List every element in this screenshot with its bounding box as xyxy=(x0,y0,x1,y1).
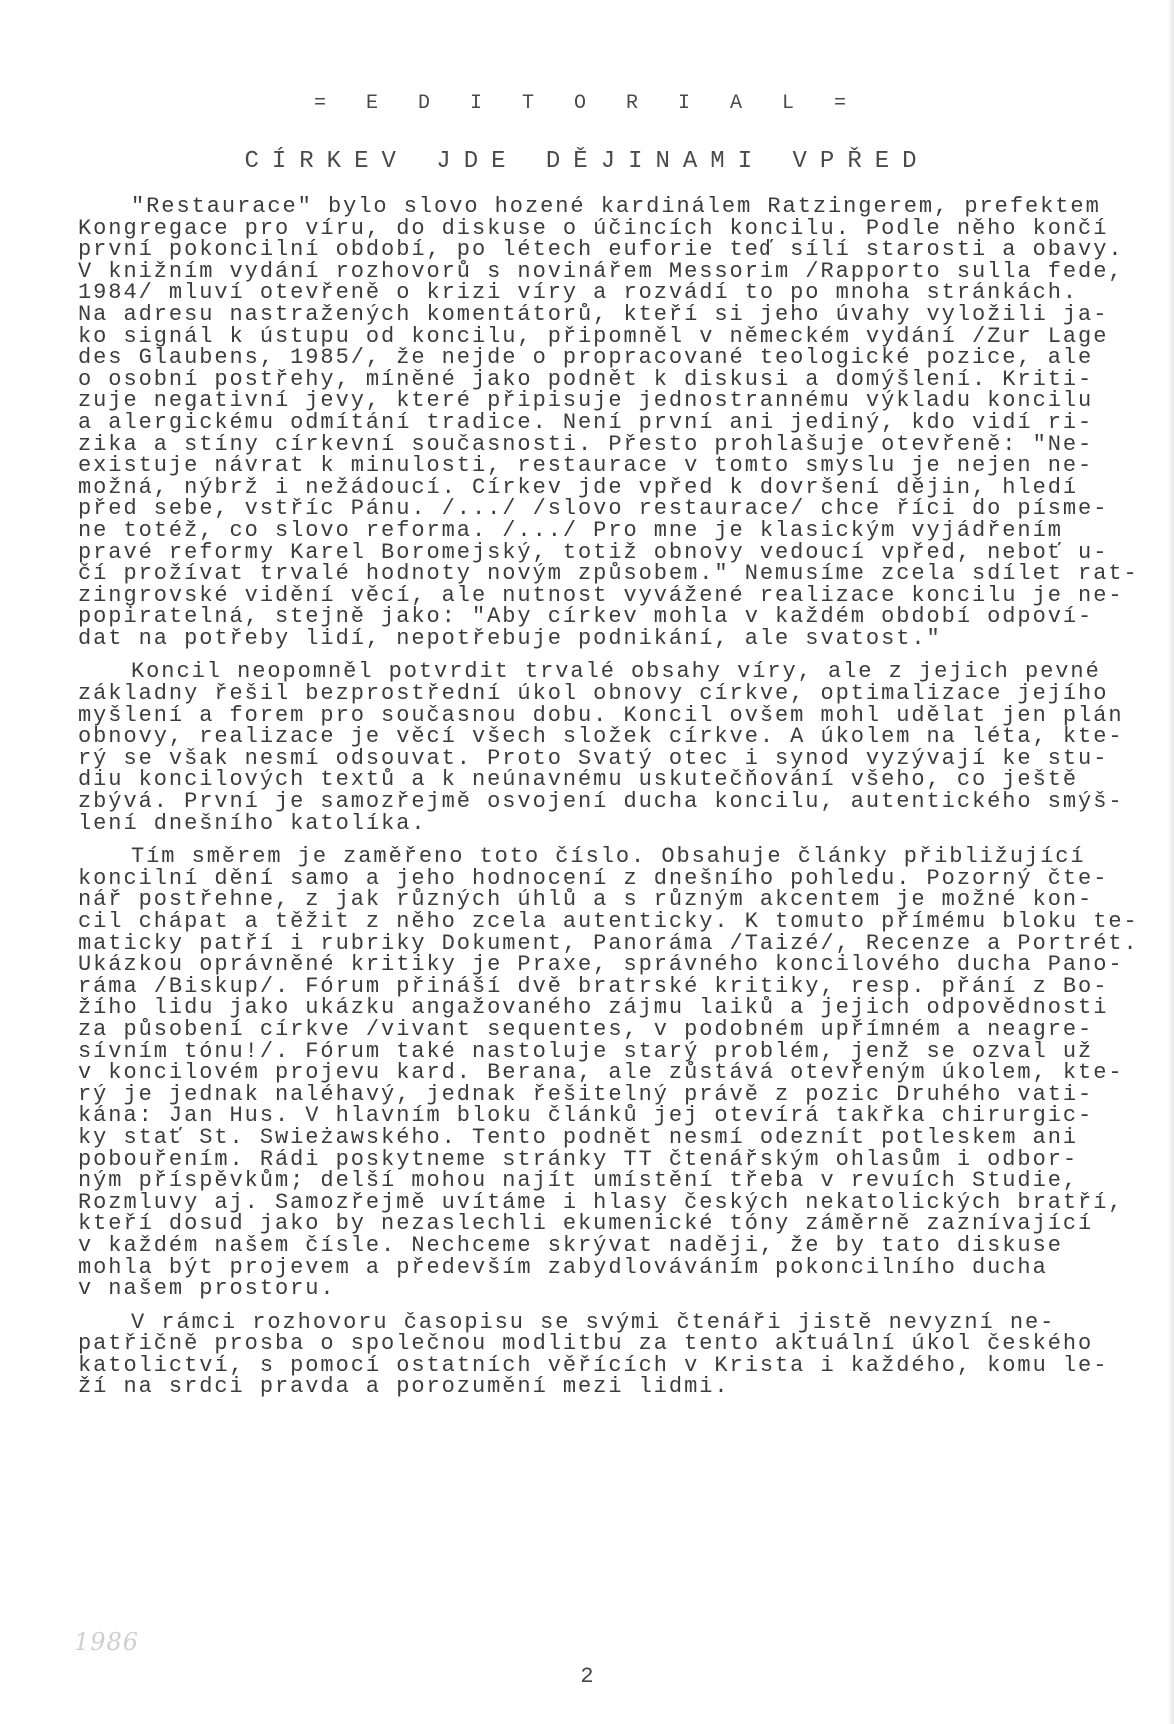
text-line: popiratelná, stejně jako: "Aby církev mo… xyxy=(78,606,1168,628)
text-line: rý je jednak naléhavý, jednak řešitelný … xyxy=(78,1084,1168,1106)
text-line: "Restaurace" bylo slovo hozené kardinále… xyxy=(78,196,1168,218)
text-line: o osobní postřehy, míněné jako podnět k … xyxy=(78,369,1168,391)
text-line: v našem prostoru. xyxy=(78,1278,1168,1300)
handwritten-year-note: 1986 xyxy=(74,1628,139,1656)
text-line: ží na srdci pravda a porozumění mezi lid… xyxy=(78,1376,1168,1398)
text-line: dat na potřeby lidí, nepotřebuje podniká… xyxy=(78,628,1168,650)
paragraph-3: Tím směrem je zaměřeno toto číslo. Obsah… xyxy=(78,846,1168,1299)
text-line: žího lidu jako ukázku angažovaného zájmu… xyxy=(78,997,1168,1019)
text-line: zika a stíny církevní současnosti. Přest… xyxy=(78,434,1168,456)
text-line: rý se však nesmí odsouvat. Proto Svatý o… xyxy=(78,748,1168,770)
text-line: ky stať St. Swieżawského. Tento podnět n… xyxy=(78,1127,1168,1149)
text-line: kána: Jan Hus. V hlavním bloku článků je… xyxy=(78,1105,1168,1127)
text-line: patřičně prosba o společnou modlitbu za … xyxy=(78,1333,1168,1355)
text-line: čí prožívat trvalé hodnoty novým způsobe… xyxy=(78,563,1168,585)
text-line: koncilní dění samo a jeho hodnocení z dn… xyxy=(78,868,1168,890)
text-line: Na adresu nastražených komentátorů, kteř… xyxy=(78,304,1168,326)
text-line: diu koncilových textů a k neúnavnému usk… xyxy=(78,769,1168,791)
text-line: mohla být projevem a především zabydlová… xyxy=(78,1257,1168,1279)
text-line: Rozmluvy aj. Samozřejmě uvítáme i hlasy … xyxy=(78,1192,1168,1214)
text-line: ko signál k ústupu od koncilu, připomněl… xyxy=(78,326,1168,348)
article-title: CÍRKEV JDE DĚJINAMI VPŘED xyxy=(0,148,1174,175)
text-line: nář postřehne, z jak různých úhlů a s rů… xyxy=(78,889,1168,911)
paragraph-1: "Restaurace" bylo slovo hozené kardinále… xyxy=(78,196,1168,649)
text-line: V knižním vydání rozhovorů s novinářem M… xyxy=(78,261,1168,283)
text-line: zbývá. První je samozřejmě osvojení duch… xyxy=(78,791,1168,813)
text-line: cil chápat a těžit z něho zcela autentic… xyxy=(78,911,1168,933)
text-line: základny řešil bezprostřední úkol obnovy… xyxy=(78,683,1168,705)
text-line: možná, nýbrž i nežádoucí. Církev jde vpř… xyxy=(78,477,1168,499)
text-line: Tím směrem je zaměřeno toto číslo. Obsah… xyxy=(78,846,1168,868)
text-line: Ukázkou oprávněné kritiky je Praxe, sprá… xyxy=(78,954,1168,976)
text-line: v každém našem čísle. Nechceme skrývat n… xyxy=(78,1235,1168,1257)
scan-page-edge xyxy=(1168,0,1174,1724)
text-line: sívním tónu!/. Fórum také nastoluje star… xyxy=(78,1041,1168,1063)
text-line: des Glaubens, 1985/, že nejde o propraco… xyxy=(78,347,1168,369)
text-line: maticky patří i rubriky Dokument, Panorá… xyxy=(78,933,1168,955)
section-label: = E D I T O R I A L = xyxy=(0,92,1174,115)
paragraph-2: Koncil neopomněl potvrdit trvalé obsahy … xyxy=(78,661,1168,834)
text-line: v koncilovém projevu kard. Berana, ale z… xyxy=(78,1062,1168,1084)
text-line: před sebe, vstříc Pánu. /.../ /slovo res… xyxy=(78,498,1168,520)
text-line: katolictví, s pomocí ostatních věřících … xyxy=(78,1355,1168,1377)
text-line: za působení církve /vivant sequentes, v … xyxy=(78,1019,1168,1041)
article-body: "Restaurace" bylo slovo hozené kardinále… xyxy=(78,196,1168,1410)
text-line: zingrovské vidění věcí, ale nutnost vyvá… xyxy=(78,585,1168,607)
text-line: ne totéž, co slovo reforma. /.../ Pro mn… xyxy=(78,520,1168,542)
text-line: myšlení a forem pro současnou dobu. Konc… xyxy=(78,705,1168,727)
text-line: kteří dosud jako by nezaslechli ekumenic… xyxy=(78,1213,1168,1235)
text-line: obnovy, realizace je věcí všech složek c… xyxy=(78,726,1168,748)
text-line: pravé reformy Karel Boromejský, totiž ob… xyxy=(78,542,1168,564)
text-line: a alergickému odmítání tradice. Není prv… xyxy=(78,412,1168,434)
text-line: V rámci rozhovoru časopisu se svými čten… xyxy=(78,1312,1168,1334)
paragraph-4: V rámci rozhovoru časopisu se svými čten… xyxy=(78,1312,1168,1398)
text-line: zuje negativní jevy, které připisuje jed… xyxy=(78,390,1168,412)
text-line: Koncil neopomněl potvrdit trvalé obsahy … xyxy=(78,661,1168,683)
text-line: Kongregace pro víru, do diskuse o účincí… xyxy=(78,218,1168,240)
text-line: ným příspěvkům; delší mohou najít umístě… xyxy=(78,1170,1168,1192)
text-line: ráma /Biskup/. Fórum přináší dvě bratrsk… xyxy=(78,976,1168,998)
text-line: existuje návrat k minulosti, restaurace … xyxy=(78,455,1168,477)
text-line: lení dnešního katolíka. xyxy=(78,813,1168,835)
page-number: 2 xyxy=(0,1664,1174,1689)
text-line: první pokoncilní období, po létech eufor… xyxy=(78,239,1168,261)
text-line: 1984/ mluví otevřeně o krizi víry a rozv… xyxy=(78,282,1168,304)
text-line: pobouřením. Rádi poskytneme stránky TT č… xyxy=(78,1149,1168,1171)
